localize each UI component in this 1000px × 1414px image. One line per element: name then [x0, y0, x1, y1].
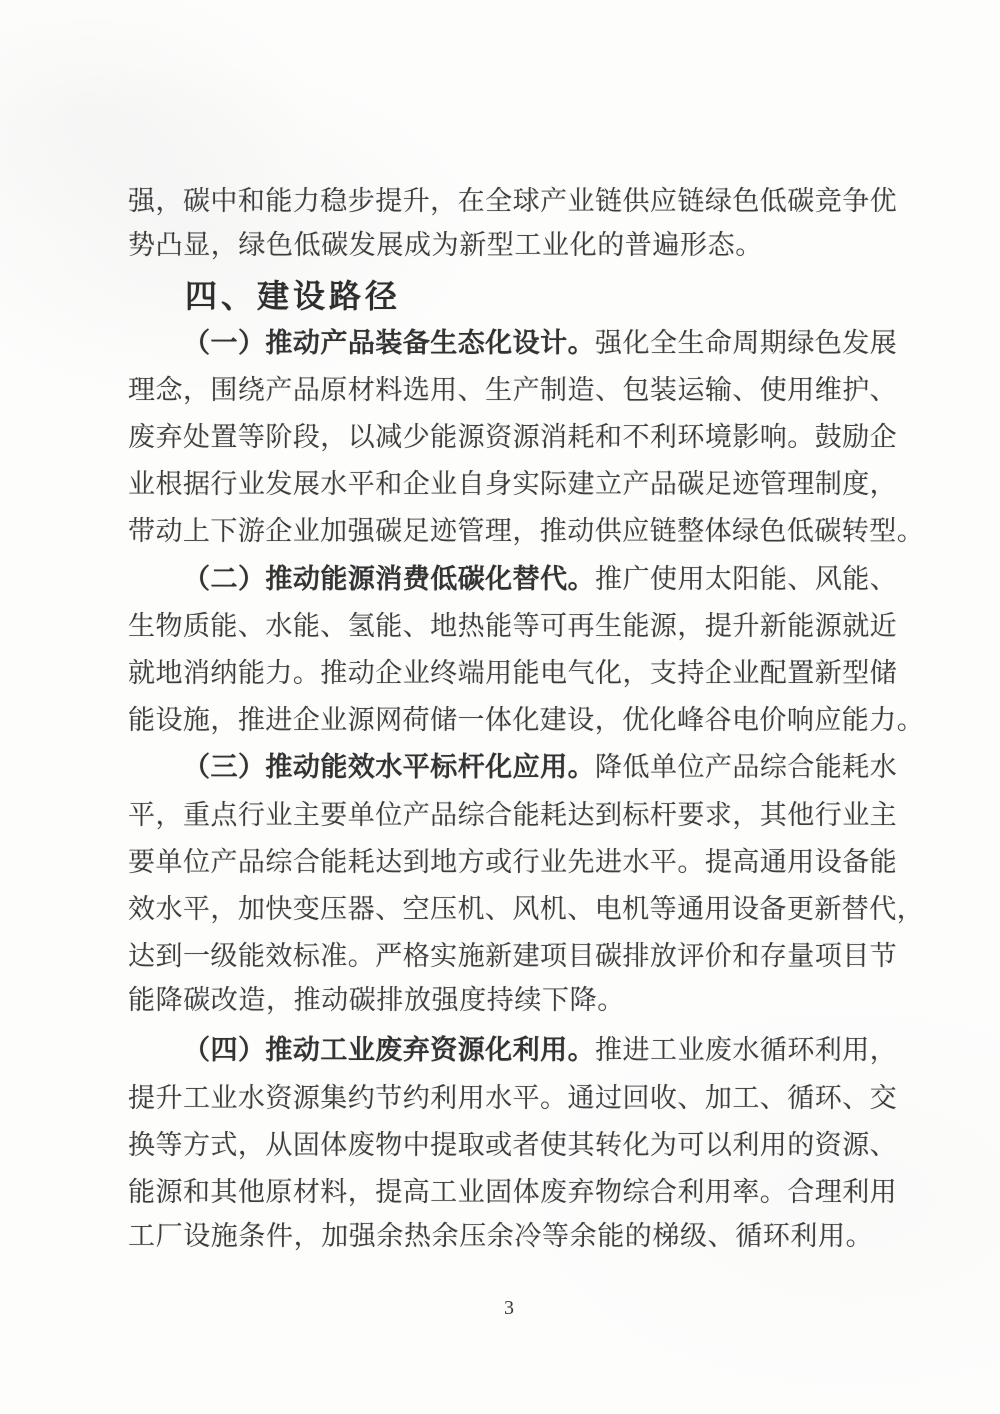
text-line: 能降碳改造，推动碳排放强度持续下降。 [128, 977, 897, 1024]
text-line: 换等方式，从固体废物中提取或者使其转化为可以利用的资源、 [128, 1119, 897, 1166]
paragraph-lead-line: （一）推动产品装备生态化设计。强化全生命周期绿色发展 [128, 317, 897, 364]
paragraph-lead-line: （三）推动能效水平标杆化应用。降低单位产品综合能耗水 [128, 741, 897, 788]
text-line: 工厂设施条件，加强余热余压余冷等余能的梯级、循环利用。 [128, 1213, 897, 1260]
text-line: 平，重点行业主要单位产品综合能耗达到标杆要求，其他行业主 [128, 788, 897, 835]
paragraph-lead-line: （四）推动工业废弃资源化利用。推进工业废水循环利用， [128, 1024, 897, 1071]
text-line: 提升工业水资源集约节约利用水平。通过回收、加工、循环、交 [128, 1072, 897, 1119]
text-line: 要单位产品综合能耗达到地方或行业先进水平。提高通用设备能 [128, 836, 897, 883]
text-line: 业根据行业发展水平和企业自身实际建立产品碳足迹管理制度， [128, 458, 897, 505]
text-line: 能设施，推进企业源网荷储一体化建设，优化峰谷电价响应能力。 [128, 694, 897, 741]
scanned-document-page: 强，碳中和能力稳步提升，在全球产业链供应链绿色低碳竞争优 势凸显，绿色低碳发展成… [0, 0, 1000, 1414]
text-line: 能源和其他原材料，提高工业固体废弃物综合利用率。合理利用 [128, 1166, 897, 1213]
text-line: 效水平，加快变压器、空压机、风机、电机等通用设备更新替代， [128, 883, 897, 930]
paragraph-lead-line: （二）推动能源消费低碳化替代。推广使用太阳能、风能、 [128, 553, 897, 600]
text-line: 达到一级能效标准。严格实施新建项目碳排放评价和存量项目节 [128, 930, 897, 977]
page-footer: 3 [0, 1297, 1000, 1320]
text-line: 势凸显，绿色低碳发展成为新型工业化的普遍形态。 [128, 222, 897, 269]
page-number: 3 [486, 1297, 514, 1320]
text-line: 生物质能、水能、氢能、地热能等可再生能源，提升新能源就近 [128, 600, 897, 647]
text-line: 废弃处置等阶段，以减少能源资源消耗和不利环境影响。鼓励企 [128, 411, 897, 458]
text-line: 带动上下游企业加强碳足迹管理，推动供应链整体绿色低碳转型。 [128, 505, 897, 552]
text-line: 强，碳中和能力稳步提升，在全球产业链供应链绿色低碳竞争优 [128, 175, 897, 222]
body-text: 强，碳中和能力稳步提升，在全球产业链供应链绿色低碳竞争优 势凸显，绿色低碳发展成… [128, 175, 897, 1260]
text-line: 理念，围绕产品原材料选用、生产制造、包装运输、使用维护、 [128, 364, 897, 411]
section-heading: 四、建设路径 [128, 269, 897, 316]
text-line: 就地消纳能力。推动企业终端用能电气化，支持企业配置新型储 [128, 647, 897, 694]
